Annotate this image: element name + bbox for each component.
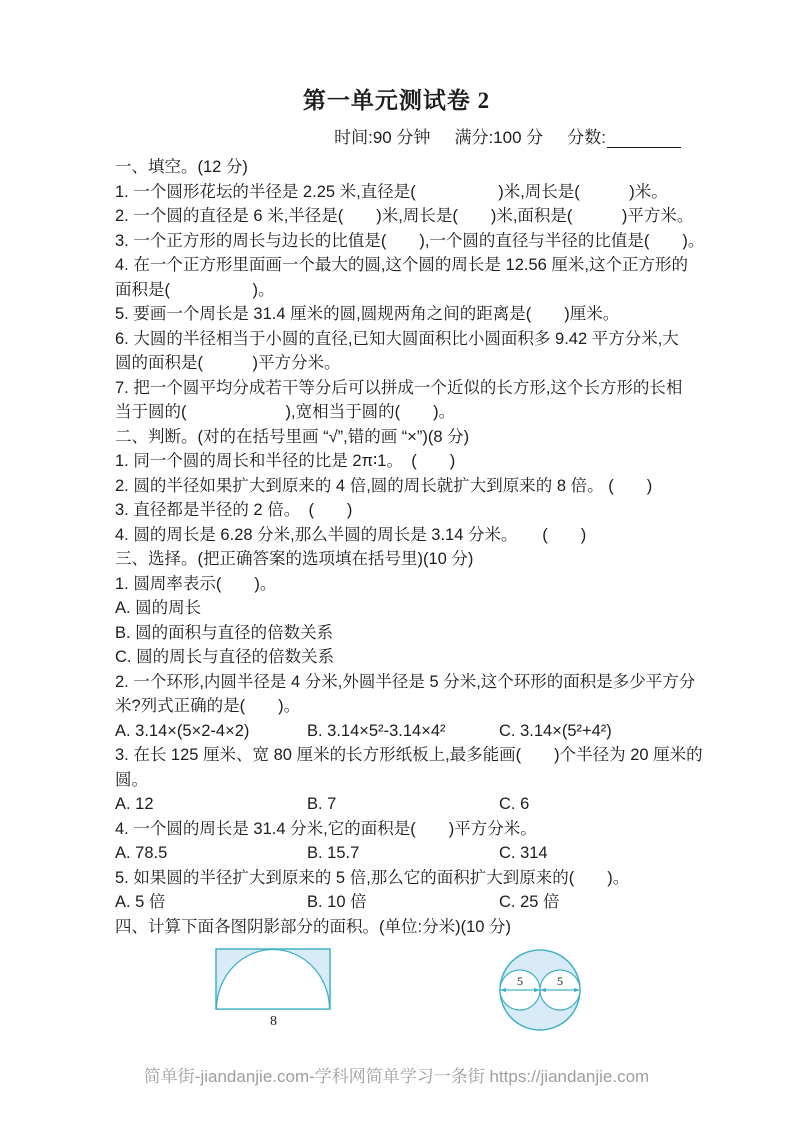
fill-blank-q7-line2: 当于圆的( ),宽相当于圆的( )。 bbox=[115, 400, 693, 425]
fill-blank-q4-line2: 面积是( )。 bbox=[115, 278, 693, 303]
choice-q3-line1: 3. 在长 125 厘米、宽 80 厘米的长方形纸板上,最多能画( )个半径为 … bbox=[115, 743, 693, 768]
page-title: 第一单元测试卷 2 bbox=[0, 88, 793, 114]
fill-blank-q6-line1: 6. 大圆的半径相当于小圆的直径,已知大圆面积比小圆面积多 9.42 平方分米,… bbox=[115, 327, 693, 352]
choice-q5-option-a: A. 5 倍 bbox=[115, 890, 307, 915]
choice-q1: 1. 圆周率表示( )。 bbox=[115, 572, 693, 597]
left-circle-diameter-label: 5 bbox=[517, 974, 523, 988]
choice-q1-option-b: B. 圆的面积与直径的倍数关系 bbox=[115, 621, 693, 646]
fill-blank-q4-line1: 4. 在一个正方形里面画一个最大的圆,这个圆的周长是 12.56 厘米,这个正方… bbox=[115, 253, 693, 278]
paper-body: 一、填空。(12 分) 1. 一个圆形花坛的半径是 2.25 米,直径是( )米… bbox=[115, 155, 693, 1032]
rectangle-base-dimension: 8 bbox=[215, 1014, 332, 1030]
choice-q4: 4. 一个圆的周长是 31.4 分米,它的面积是( )平方分米。 bbox=[115, 817, 693, 842]
choice-q3-line2: 圆。 bbox=[115, 768, 693, 793]
fill-blank-q3: 3. 一个正方形的周长与边长的比值是( ),一个圆的直径与半径的比值是( )。 bbox=[115, 229, 693, 254]
choice-q5-option-b: B. 10 倍 bbox=[307, 890, 499, 915]
fill-blank-q7-line1: 7. 把一个圆平均分成若干等分后可以拼成一个近似的长方形,这个长方形的长相 bbox=[115, 376, 693, 401]
choice-q2-line1: 2. 一个环形,内圆半径是 4 分米,外圆半径是 5 分米,这个环形的面积是多少… bbox=[115, 670, 693, 695]
judge-q3: 3. 直径都是半径的 2 倍。 ( ) bbox=[115, 498, 693, 523]
choice-q3-option-b: B. 7 bbox=[307, 792, 499, 817]
choice-q4-option-b: B. 15.7 bbox=[307, 841, 499, 866]
footer-watermark: 简单街-jiandanjie.com-学科网简单学习一条街 https://ji… bbox=[0, 1066, 793, 1088]
fill-blank-q1: 1. 一个圆形花坛的半径是 2.25 米,直径是( )米,周长是( )米。 bbox=[115, 180, 693, 205]
circles-figure-drawing: 5 5 bbox=[498, 948, 582, 1032]
score-label: 分数: bbox=[567, 128, 606, 148]
figures-row: 8 5 5 bbox=[115, 948, 693, 1032]
choice-q2-option-b: B. 3.14×5²-3.14×4² bbox=[307, 719, 499, 744]
judge-q2: 2. 圆的半径如果扩大到原来的 4 倍,圆的周长就扩大到原来的 8 倍。 ( ) bbox=[115, 474, 693, 499]
choice-q3-option-a: A. 12 bbox=[115, 792, 307, 817]
figure-two-circles-in-circle: 5 5 bbox=[498, 948, 582, 1032]
choice-q1-option-c: C. 圆的周长与直径的倍数关系 bbox=[115, 645, 693, 670]
choice-q4-options: A. 78.5 B. 15.7 C. 314 bbox=[115, 841, 693, 866]
section3-heading: 三、选择。(把正确答案的选项填在括号里)(10 分) bbox=[115, 547, 693, 572]
choice-q4-option-c: C. 314 bbox=[499, 841, 693, 866]
test-paper-page: 第一单元测试卷 2 时间:90 分钟 满分:100 分 分数: 一、填空。(12… bbox=[0, 0, 793, 1122]
right-circle-diameter-label: 5 bbox=[557, 974, 563, 988]
section4-heading: 四、计算下面各图阴影部分的面积。(单位:分米)(10 分) bbox=[115, 915, 693, 940]
choice-q5: 5. 如果圆的半径扩大到原来的 5 倍,那么它的面积扩大到原来的( )。 bbox=[115, 866, 693, 891]
choice-q3-option-c: C. 6 bbox=[499, 792, 693, 817]
choice-q3-options: A. 12 B. 7 C. 6 bbox=[115, 792, 693, 817]
judge-q1: 1. 同一个圆的周长和半径的比是 2π∶1。 ( ) bbox=[115, 449, 693, 474]
section1-heading: 一、填空。(12 分) bbox=[115, 155, 693, 180]
time-label: 时间:90 分钟 bbox=[334, 128, 430, 148]
choice-q1-option-a: A. 圆的周长 bbox=[115, 596, 693, 621]
choice-q5-options: A. 5 倍 B. 10 倍 C. 25 倍 bbox=[115, 890, 693, 915]
section2-heading: 二、判断。(对的在括号里画 “√”,错的画 “×”)(8 分) bbox=[115, 425, 693, 450]
fill-blank-q6-line2: 圆的面积是( )平方分米。 bbox=[115, 351, 693, 376]
choice-q2-option-a: A. 3.14×(5×2-4×2) bbox=[115, 719, 307, 744]
choice-q2-line2: 米?列式正确的是( )。 bbox=[115, 694, 693, 719]
score-field: 分数: bbox=[567, 128, 681, 148]
semicircle-figure-drawing bbox=[215, 948, 332, 1011]
choice-q2-option-c: C. 3.14×(5²+4²) bbox=[499, 719, 693, 744]
figure-semicircle-in-rectangle: 8 bbox=[215, 948, 332, 1030]
choice-q2-options: A. 3.14×(5×2-4×2) B. 3.14×5²-3.14×4² C. … bbox=[115, 719, 693, 744]
paper-meta: 时间:90 分钟 满分:100 分 分数: bbox=[0, 128, 793, 148]
score-blank bbox=[607, 130, 681, 148]
fill-blank-q5: 5. 要画一个周长是 31.4 厘米的圆,圆规两角之间的距离是( )厘米。 bbox=[115, 302, 693, 327]
choice-q4-option-a: A. 78.5 bbox=[115, 841, 307, 866]
choice-q5-option-c: C. 25 倍 bbox=[499, 890, 693, 915]
judge-q4: 4. 圆的周长是 6.28 分米,那么半圆的周长是 3.14 分米。 ( ) bbox=[115, 523, 693, 548]
fill-blank-q2: 2. 一个圆的直径是 6 米,半径是( )米,周长是( )米,面积是( )平方米… bbox=[115, 204, 693, 229]
full-score-label: 满分:100 分 bbox=[454, 128, 543, 148]
